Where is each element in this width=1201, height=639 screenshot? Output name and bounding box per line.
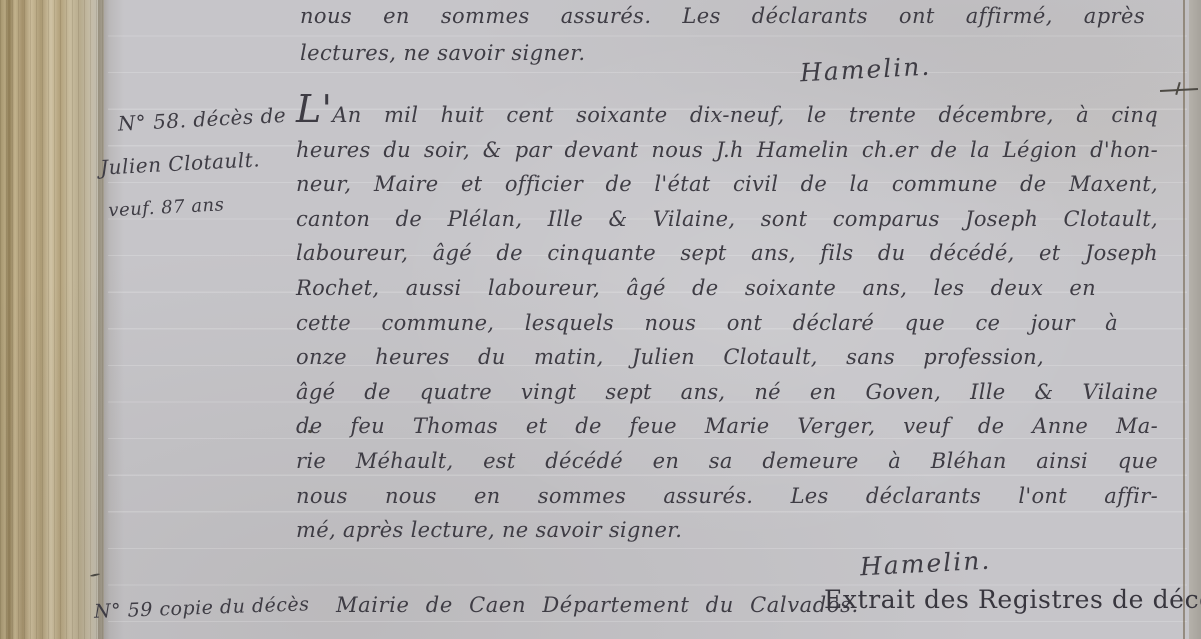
handwritten-line: canton de Plélan, Ille & Vilaine, sont c… (296, 202, 1158, 237)
page-edge (1189, 0, 1201, 639)
signature-hamelin-top: Hamelin. (799, 52, 932, 88)
previous-act-closing: nous en sommes assurés. Les déclarants o… (300, 0, 1145, 72)
handwritten-line: de feu Thomas et de feue Marie Verger, v… (296, 409, 1158, 444)
handwritten-line: L'An mil huit cent soixante dix-neuf, le… (296, 92, 1158, 133)
handwritten-line: nous en sommes assurés. Les déclarants o… (300, 0, 1145, 35)
handwritten-line: onze heures du matin, Julien Clotault, s… (296, 340, 1044, 375)
handwritten-line: heures du soir, & par devant nous J.h Ha… (296, 133, 1158, 168)
handwritten-line: rie Méhault, est décédé en sa demeure à … (296, 444, 1158, 479)
handwritten-line: laboureur, âgé de cinquante sept ans, fi… (296, 236, 1158, 271)
right-margin-rule (1183, 0, 1185, 639)
death-act-body: L'An mil huit cent soixante dix-neuf, le… (296, 92, 1158, 548)
margin-annotation-act-59: N° 59 copie du décès (94, 593, 310, 623)
handwritten-line: neur, Maire et officier de l'état civil … (296, 167, 1158, 202)
handwritten-line: âgé de quatre vingt sept ans, né en Gove… (296, 375, 1158, 410)
handwritten-line: nous nous en sommes assurés. Les déclara… (296, 479, 1158, 514)
margin-annotation-act-58: N° 58. décès deJulien Clotault.veuf. 87 … (93, 92, 324, 233)
handwritten-line: cette commune, lesquels nous ont déclaré… (296, 306, 1118, 341)
book-binding (0, 0, 104, 639)
handwritten-line: lectures, ne savoir signer. (300, 35, 807, 72)
bottom-line-extrait-registres: Extrait des Registres de décès (824, 585, 1201, 614)
handwritten-line: mé, après lecture, ne savoir signer. (296, 513, 886, 548)
signature-hamelin-bottom: Hamelin. (859, 546, 992, 582)
bottom-line-mairie-caen: Mairie de Caen Département du Calvados. (336, 593, 859, 617)
scanned-register-page: nous en sommes assurés. Les déclarants o… (0, 0, 1201, 639)
handwritten-line: Rochet, aussi laboureur, âgé de soixante… (296, 271, 1096, 306)
